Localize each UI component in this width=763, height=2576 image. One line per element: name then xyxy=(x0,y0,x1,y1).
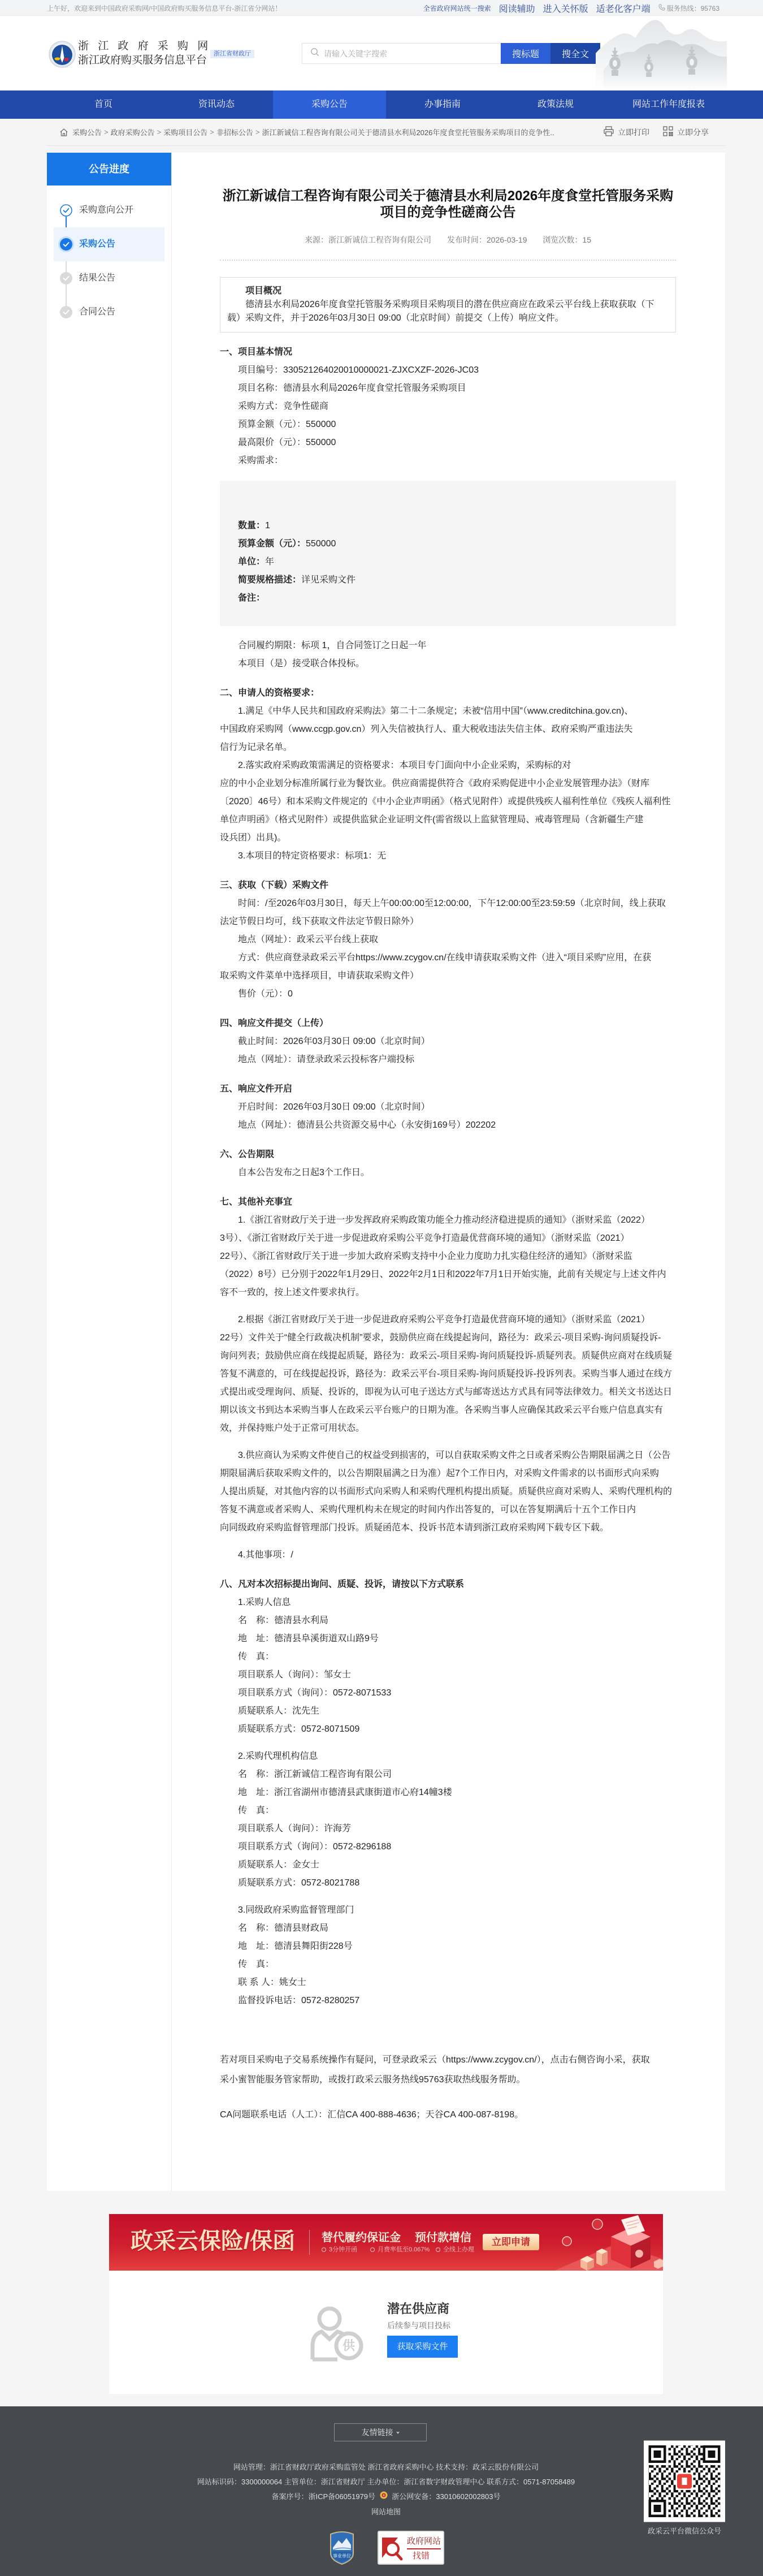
search-title-button[interactable]: 搜标题 xyxy=(501,43,550,64)
requirements-table: 数量：1 预算金额（元）：550000 单位：年 简要规格描述：详见采购文件 备… xyxy=(220,481,676,626)
paragraph-line: 2.根据《浙江省财政厅关于进一步促进政府采购公平竞争打造最优营商环境的通知》（浙… xyxy=(220,1311,676,1329)
dotted-divider xyxy=(220,260,676,261)
contact-line: 名 称：德清县水利局 xyxy=(220,1612,676,1630)
contact-line: 质疑联系方式：0572-8071509 xyxy=(220,1720,676,1738)
paragraph-line: 取采购文件菜单中选择项目，申请获取采购文件） xyxy=(220,967,676,985)
badge-label-top: 政府网站 xyxy=(407,2536,441,2547)
get-procurement-docs-button[interactable]: 获取采购文件 xyxy=(387,2336,458,2358)
friend-links-dropdown[interactable]: 友情链接 xyxy=(334,2423,427,2441)
west-lake-pagoda-illustration xyxy=(596,18,727,93)
paragraph-line: 期限届满后获取采购文件的，以公告期限届满之日为准）起7个工作日内，对采购文件需求… xyxy=(220,1465,676,1483)
search-box[interactable] xyxy=(302,43,501,64)
contact-group-title: 2.采购代理机构信息 xyxy=(220,1747,676,1766)
paragraph: 1.《浙江省财政厅关于进一步发挥政府采购政策功能全力推动经济稳进提质的通知》（浙… xyxy=(220,1211,676,1302)
paragraph-line: 截止时间：2026年03月30日 09:00（北京时间） xyxy=(220,1033,676,1051)
qr-share-icon xyxy=(662,126,674,139)
row-label: 数量： xyxy=(238,521,265,530)
step-label: 采购意向公开 xyxy=(79,193,133,227)
paragraph-line: 开启时间：2026年03月30日 09:00（北京时间） xyxy=(220,1098,676,1116)
check-circle-disabled-icon xyxy=(60,272,72,284)
contact-line: 传 真： xyxy=(220,1956,676,1974)
icp-link[interactable]: 备案序号：浙ICP备06051979号 xyxy=(272,2492,376,2501)
main-panel: 公告进度 采购意向公开 采购公告 结果公告 xyxy=(47,153,725,2191)
paragraph-line: 3.本项目的特定资格要求：标项1：无 xyxy=(220,847,676,865)
paragraph-line: 时间：/至2026年03月30日，每天上午00:00:00至12:00:00，下… xyxy=(220,895,676,913)
gov-site-error-report-badge[interactable]: 政府网站 找错 xyxy=(378,2531,444,2565)
nav-item-news[interactable]: 资讯动态 xyxy=(160,90,273,119)
supplier-person-icon: 供 xyxy=(309,2305,364,2362)
paragraph: 2.落实政府采购政策需满足的资格要求：本项目专门面向中小企业采购，采购标的对 应… xyxy=(220,757,676,847)
paragraph-line: 采小蜜智能服务管家帮助，或拨打政采云服务热线95763获取热线服务帮助。 xyxy=(220,2070,676,2090)
table-row: 简要规格描述：详见采购文件 xyxy=(220,571,676,589)
potential-supplier-section: 供 潜在供应商 后续参与项目投标 获取采购文件 xyxy=(109,2271,663,2394)
main-nav: 首页 资讯动态 采购公告 办事指南 政策法规 网站工作年度报表 xyxy=(0,90,763,119)
breadcrumb-bar: 采购公告 > 政府采购公告 > 采购项目公告 > 非招标公告 > 浙江新诚信工程… xyxy=(0,119,763,146)
row-value: 550000 xyxy=(306,539,336,549)
banner-point: 月费率低至0.067% xyxy=(370,2246,430,2254)
print-label: 立即打印 xyxy=(618,127,649,138)
footer-management: 网站管理：浙江省财政厅政府采购监管处 浙江省政府采购中心 技术支持：政采云股份有… xyxy=(47,2460,725,2475)
chevron-down-icon xyxy=(396,2432,400,2434)
public-institution-badge[interactable]: 事业单位 xyxy=(328,2531,356,2565)
paragraph-line: （2022）8号）已分别于2022年1月29日、2022年2月1日和2022年7… xyxy=(220,1266,676,1284)
paragraph-line: 2.落实政府采购政策需满足的资格要求：本项目专门面向中小企业采购，采购标的对 xyxy=(220,757,676,775)
budget-amount: 预算金额（元）：550000 xyxy=(220,416,676,434)
paragraph-line: 22号）文件关于“健全行政裁决机制”要求，鼓励供应商在线提起询问，路径为：政采云… xyxy=(220,1329,676,1347)
shield-icon xyxy=(328,2531,356,2565)
section-heading: 二、申请人的资格要求： xyxy=(220,684,676,702)
title-line: 浙江新诚信工程咨询有限公司关于德清县水利局2026年度食堂托管服务采购 xyxy=(220,188,676,204)
row-label: 预算金额（元）： xyxy=(238,539,306,549)
paragraph: 时间：/至2026年03月30日，每天上午00:00:00至12:00:00，下… xyxy=(220,895,676,931)
table-row: 数量：1 xyxy=(220,517,676,535)
paragraph-line: 3.供应商认为采购文件使自己的权益受到损害的，可以自获取采购文件之日或者采购公告… xyxy=(220,1447,676,1465)
section-heading: 六、公告期限 xyxy=(220,1146,676,1164)
print-button[interactable]: 立即打印 xyxy=(603,119,649,145)
site-subtitle[interactable]: 浙江政府购买服务信息平台 xyxy=(78,53,207,67)
nav-item-annual-report[interactable]: 网站工作年度报表 xyxy=(612,90,725,119)
row-value: 年 xyxy=(265,557,274,567)
sitemap-link[interactable]: 网站地图 xyxy=(371,2508,401,2516)
paragraph: 3.供应商认为采购文件使自己的权益受到损害的，可以自获取采购文件之日或者采购公告… xyxy=(220,1447,676,1537)
row-label: 单位： xyxy=(238,557,265,567)
banner-point-text: 3分钟开函 xyxy=(329,2246,357,2254)
contact-line: 名 称：德清县财政局 xyxy=(220,1919,676,1938)
contact-line: 地 址：浙江省湖州市德清县武康街道市心府14幢3楼 xyxy=(220,1784,676,1802)
paragraph-line: 设兵团）出具)。 xyxy=(220,829,676,847)
check-circle-icon xyxy=(370,2247,375,2252)
row-label: 简要规格描述： xyxy=(238,575,301,585)
procurement-method: 采购方式：竞争性磋商 xyxy=(220,398,676,416)
table-row: 备注： xyxy=(220,589,676,607)
table-row: 预算金额（元）：550000 xyxy=(220,535,676,553)
paragraph-line: 1.《浙江省财政厅关于进一步发挥政府采购政策功能全力推动经济稳进提质的通知》（浙… xyxy=(220,1211,676,1229)
contact-line: 项目联系方式（询问）：0572-8296188 xyxy=(220,1838,676,1856)
contact-group-title: 1.采购人信息 xyxy=(220,1594,676,1612)
contact-line: 质疑联系方式：0572-8021788 xyxy=(220,1874,676,1892)
isometric-finance-illustration xyxy=(549,2214,663,2271)
paragraph-line: 式提出或受理询问、质疑、投诉的，即视为认可电子送达方式与邮寄送达方式具有同等法律… xyxy=(220,1383,676,1401)
site-title[interactable]: 浙江政府采购网 xyxy=(78,39,217,53)
row-value: 详见采购文件 xyxy=(301,575,356,585)
contact-line: 项目联系方式（询问）：0572-8071533 xyxy=(220,1684,676,1702)
paragraph-line: 容不一致的，按上述文件要求执行。 xyxy=(220,1284,676,1302)
paragraph-line: 1.满足《中华人民共和国政府采购法》第二十二条规定；未被“信用中国”（www.c… xyxy=(220,702,676,720)
footer-site-id: 网站标识码：3300000064 主管单位：浙江省财政厅 主办单位：浙江省数字财… xyxy=(47,2475,725,2489)
publish-date: 发布时间：2026-03-19 xyxy=(447,235,527,244)
paragraph-line: 载）采购文件，并于2026年03月30日 09:00（北京时间）前提交（上传）响… xyxy=(227,312,669,325)
contact-line: 项目联系人（询问）：许海芳 xyxy=(220,1820,676,1838)
paragraph-line: 方式：供应商登录政采云平台https://www.zcygov.cn/在线申请获… xyxy=(220,949,676,967)
search-fulltext-button[interactable]: 搜全文 xyxy=(550,43,600,64)
banner-title: 政采云保险/保函 xyxy=(131,2228,295,2255)
nav-item-policy[interactable]: 政策法规 xyxy=(499,90,612,119)
article-body: 一、项目基本情况 项目编号：330521264020010000021-ZJXC… xyxy=(220,343,676,2125)
hotline-text: 服务热线：95763 xyxy=(667,3,719,13)
paragraph: 4.其他事项：/ xyxy=(220,1546,676,1564)
site-header: 浙江政府采购网 浙江政府购买服务信息平台 浙江省财政厅 搜标题 搜全文 xyxy=(0,16,763,90)
search-bar: 搜标题 搜全文 xyxy=(302,43,600,64)
paragraph-line: 若对项目采购电子交易系统操作有疑问，可登录政采云（https://www.zcy… xyxy=(220,2050,676,2070)
max-price: 最高限价（元）：550000 xyxy=(220,434,676,452)
section-heading: 八、凡对本次招标提出询问、质疑、投诉，请按以下方式联系 xyxy=(220,1576,676,1594)
badge-divider xyxy=(407,2548,441,2549)
contact-group-supervisor: 3.同级政府采购监督管理部门 名 称：德清县财政局 地 址：德清县舞阳街228号… xyxy=(220,1901,676,2010)
ca-contact-line: CA问题联系电话（人工）：汇信CA 400-888-4636；天谷CA 400-… xyxy=(220,2105,676,2125)
qr-caption: 政采云平台微信公众号 xyxy=(640,2527,729,2536)
contact-group-agency: 2.采购代理机构信息 名 称：浙江新诚信工程咨询有限公司 地 址：浙江省湖州市德… xyxy=(220,1747,676,1892)
contact-group-purchaser: 1.采购人信息 名 称：德清县水利局 地 址：德清县阜溪街道双山路9号 传 真：… xyxy=(220,1594,676,1738)
paragraph-line: 效，并保持账户处于正常可用状态。 xyxy=(220,1419,676,1438)
contact-line: 传 真： xyxy=(220,1648,676,1666)
sidebar-step-intention[interactable]: 采购意向公开 xyxy=(54,193,164,227)
row-label: 备注： xyxy=(238,593,265,603)
top-links: 全省政府网站统一搜索 阅读辅助 进入关怀版 适老化客户端 服务热线：95763 xyxy=(423,2,725,15)
breadcrumb-separator: > xyxy=(255,128,260,136)
badge-label: 事业单位 xyxy=(328,2553,356,2559)
paragraph-line: 单位声明函》（格式见附件）或提供监狱企业证明文件(需省级以上监狱管理局、戒毒管理… xyxy=(220,811,676,829)
view-count: 浏览次数：15 xyxy=(543,235,591,244)
insurance-banner[interactable]: 政采云保险/保函 替代履约保证金 预付款增信 3分钟开函 月费率低至0.067%… xyxy=(109,2214,663,2271)
contact-line: 监督投诉电话：0572-8280257 xyxy=(220,1992,676,2010)
article-title: 浙江新诚信工程咨询有限公司关于德清县水利局2026年度食堂托管服务采购 项目的竞… xyxy=(220,188,676,221)
section-heading: 四、响应文件提交（上传） xyxy=(220,1015,676,1033)
paragraph: 合同履约期限：标项 1，自合同签订之日起一年 本项目（是）接受联合体投标。 xyxy=(220,637,676,673)
nav-item-guide[interactable]: 办事指南 xyxy=(386,90,499,119)
breadcrumb-current: 浙江新诚信工程咨询有限公司关于德清县水利局2026年度食堂托管服务采购项目的竞争… xyxy=(262,127,554,137)
paragraph-line: 4.其他事项：/ xyxy=(220,1546,676,1564)
police-emblem-icon xyxy=(380,2490,388,2505)
paragraph-line: 〔2020〕46号）和本采购文件规定的《中小企业声明函》（格式见附件）或提供残疾… xyxy=(220,793,676,811)
unified-search-link[interactable]: 全省政府网站统一搜索 xyxy=(423,3,491,13)
title-line: 项目的竞争性磋商公告 xyxy=(220,204,676,221)
paragraph: 3.本项目的特定资格要求：标项1：无 xyxy=(220,847,676,865)
phone-icon xyxy=(658,4,665,12)
step-label: 合同公告 xyxy=(79,295,115,329)
sidebar-step-result[interactable]: 结果公告 xyxy=(54,261,164,295)
section-heading: 七、其他补充事宜 xyxy=(220,1193,676,1211)
care-version-link[interactable]: 进入关怀版 xyxy=(543,2,588,15)
share-button[interactable]: 立即分享 xyxy=(662,119,709,145)
paragraph-line: 应的中小企业划分标准所属行业为餐饮业。供应商需提供符合《政府采购促进中小企业发展… xyxy=(220,775,676,793)
paragraph-line: 地点（网址）：请登录政采云投标客户端投标 xyxy=(220,1051,676,1069)
banner-divider xyxy=(309,2230,310,2255)
department-badge: 浙江省财政厅 xyxy=(210,50,254,58)
badge-label-bottom: 找错 xyxy=(413,2551,430,2561)
breadcrumb-item[interactable]: 政府采购公告 xyxy=(111,127,155,137)
police-record-link[interactable]: 浙公网安备：33010602002803号 xyxy=(392,2492,500,2501)
progress-steps: 采购意向公开 采购公告 结果公告 合同公告 xyxy=(47,185,171,329)
paragraph-line: 自本公告发布之日起3个工作日。 xyxy=(220,1164,676,1182)
banner-point-text: 月费率低至0.067% xyxy=(378,2246,430,2254)
printer-icon xyxy=(603,126,614,139)
announcement-article: 浙江新诚信工程咨询有限公司关于德清县水利局2026年度食堂托管服务采购 项目的竞… xyxy=(172,153,725,2191)
breadcrumb: 采购公告 > 政府采购公告 > 采购项目公告 > 非招标公告 > 浙江新诚信工程… xyxy=(59,119,599,145)
share-label: 立即分享 xyxy=(677,127,709,138)
project-number: 项目编号：330521264020010000021-ZJXCXZF-2026-… xyxy=(220,361,676,379)
row-value: 1 xyxy=(265,521,270,530)
table-row: 单位：年 xyxy=(220,553,676,571)
requirements-label: 采购需求： xyxy=(220,452,676,470)
paragraph-line: 3号）、《浙江省财政厅关于进一步促进政府采购公平竞争打造最优营商环境的通知》（浙… xyxy=(220,1229,676,1248)
contact-line: 名 称：浙江新诚信工程咨询有限公司 xyxy=(220,1766,676,1784)
promo-card: 政采云保险/保函 替代履约保证金 预付款增信 3分钟开函 月费率低至0.067%… xyxy=(109,2214,663,2394)
site-emblem-icon[interactable] xyxy=(49,41,76,68)
check-circle-icon xyxy=(436,2247,440,2252)
contact-line: 质疑联系人：沈先生 xyxy=(220,1702,676,1720)
banner-point-text: 全线上办理 xyxy=(443,2246,474,2254)
contact-line: 传 真： xyxy=(220,1802,676,1820)
contact-line: 质疑联系人：金女士 xyxy=(220,1856,676,1874)
paragraph-line: 中国政府采购网（www.ccgp.gov.cn）列入失信被执行人、重大税收违法失… xyxy=(220,720,676,739)
contact-group-title: 3.同级政府采购监督管理部门 xyxy=(220,1901,676,1919)
nav-item-home[interactable]: 首页 xyxy=(47,90,160,119)
breadcrumb-separator: > xyxy=(210,128,214,136)
breadcrumb-separator: > xyxy=(157,128,162,136)
consortium-note: 本项目（是）接受联合体投标。 xyxy=(220,655,676,673)
banner-point: 3分钟开函 xyxy=(322,2246,357,2254)
nav-item-announcements[interactable]: 采购公告 xyxy=(273,90,386,119)
project-overview-box: 项目概况 德清县水利局2026年度食堂托管服务采购项目采购项目的潜在供应商应在政… xyxy=(220,277,676,333)
contact-line: 联 系 人：姚女士 xyxy=(220,1974,676,1992)
breadcrumb-separator: > xyxy=(104,128,109,136)
site-footer: 友情链接 网站管理：浙江省财政厅政府采购监管处 浙江省政府采购中心 技术支持：政… xyxy=(0,2406,763,2576)
overview-heading: 项目概况 xyxy=(227,284,669,298)
project-name: 项目名称：德清县水利局2026年度食堂托管服务采购项目 xyxy=(220,379,676,398)
paragraph-line: 人提出质疑，对其他内容的以书面形式向采购人和采购代理机构提出质疑。质疑供应商对采… xyxy=(220,1483,676,1501)
breadcrumb-item[interactable]: 非招标公告 xyxy=(216,127,253,137)
check-circle-filled-icon xyxy=(60,238,72,251)
paragraph-line: 地点（网址）：德清县公共资源交易中心（永安街169号）202202 xyxy=(220,1116,676,1134)
paragraph: 方式：供应商登录政采云平台https://www.zcygov.cn/在线申请获… xyxy=(220,949,676,985)
paragraph-line: 信行为记录名单。 xyxy=(220,739,676,757)
paragraph: 2.根据《浙江省财政厅关于进一步促进政府采购公平竞争打造最优营商环境的通知》（浙… xyxy=(220,1311,676,1438)
home-icon[interactable] xyxy=(59,128,68,137)
banner-feature: 替代履约保证金 xyxy=(322,2231,401,2245)
wechat-qr-code xyxy=(644,2440,725,2522)
supplier-title: 潜在供应商 xyxy=(387,2301,449,2317)
section-heading: 一、项目基本情况 xyxy=(220,343,676,361)
paragraph-line: 询问列表；鼓励供应商在线提起质疑，路径为：政采云-项目采购-询问质疑投诉-质疑列… xyxy=(220,1347,676,1365)
paragraph-line: 向同级政府采购监督管理部门投诉。质疑函范本、投诉书范本请到浙江政府采购网下载专区… xyxy=(220,1519,676,1537)
hotline: 服务热线：95763 xyxy=(658,3,719,13)
banner-point: 全线上办理 xyxy=(436,2246,474,2254)
sidebar-step-contract[interactable]: 合同公告 xyxy=(54,295,164,329)
support-notes: 若对项目采购电子交易系统操作有疑问，可登录政采云（https://www.zcy… xyxy=(220,2050,676,2125)
breadcrumb-item[interactable]: 采购公告 xyxy=(72,127,102,137)
footer-info: 网站管理：浙江省财政厅政府采购监管处 浙江省政府采购中心 技术支持：政采云股份有… xyxy=(47,2460,725,2519)
supplier-subtitle: 后续参与项目投标 xyxy=(387,2320,450,2331)
footer-sitemap: 网站地图 xyxy=(47,2505,725,2519)
step-label: 结果公告 xyxy=(79,261,115,295)
search-icon xyxy=(310,48,319,59)
paragraph-line: 德清县水利局2026年度食堂托管服务采购项目采购项目的潜在供应商应在政采云平台线… xyxy=(227,298,669,312)
paragraph-line: 答复不满意的，可在线提起投诉，路径为：政采云平台-项目采购-询问质疑投诉-投诉列… xyxy=(220,1365,676,1383)
section-heading: 五、响应文件开启 xyxy=(220,1080,676,1098)
paragraph-line: 答复不满意或者采购人、采购代理机构未在规定的时间内作出答复的，可以在答复期满后十… xyxy=(220,1501,676,1519)
top-bar: 上午好，欢迎来到中国政府采购网/中国政府购买服务信息平台-浙江省分网站！ 全省政… xyxy=(0,0,763,16)
paragraph-line: 法定节假日均可，线下获取文件法定节假日除外） xyxy=(220,913,676,931)
elderly-client-link[interactable]: 适老化客户端 xyxy=(596,2,651,15)
contact-line: 项目联系人（询问）：邹女士 xyxy=(220,1666,676,1684)
sidebar-step-announcement[interactable]: 采购公告 xyxy=(54,227,164,261)
sidebar-title: 公告进度 xyxy=(47,153,171,185)
article-meta: 来源：浙江新诚信工程咨询有限公司 发布时间：2026-03-19 浏览次数：15 xyxy=(220,234,676,245)
check-circle-icon xyxy=(322,2247,326,2252)
breadcrumb-item[interactable]: 采购项目公告 xyxy=(163,127,207,137)
section-heading: 三、获取（下载）采购文件 xyxy=(220,877,676,895)
paragraph-line: 售价（元）：0 xyxy=(220,985,676,1003)
supplier-badge-char: 供 xyxy=(336,2333,361,2358)
friend-links-label: 友情链接 xyxy=(362,2427,393,2438)
check-circle-disabled-icon xyxy=(60,306,72,318)
progress-sidebar: 公告进度 采购意向公开 采购公告 结果公告 xyxy=(47,153,172,2191)
paragraph: 1.满足《中华人民共和国政府采购法》第二十二条规定；未被“信用中国”（www.c… xyxy=(220,702,676,757)
step-label: 采购公告 xyxy=(79,227,115,261)
banner-feature: 预付款增信 xyxy=(415,2231,471,2245)
footer-record: 备案序号：浙ICP备06051979号 浙公网安备：33010602002803… xyxy=(47,2489,725,2505)
apply-now-button[interactable]: 立即申请 xyxy=(483,2234,539,2250)
contract-period: 合同履约期限：标项 1，自合同签订之日起一年 xyxy=(220,637,676,655)
search-input[interactable] xyxy=(323,49,492,59)
check-circle-outline-icon xyxy=(60,204,72,217)
contact-line: 地 址：德清县阜溪街道双山路9号 xyxy=(220,1630,676,1648)
contact-line: 地 址：德清县舞阳街228号 xyxy=(220,1938,676,1956)
magnifier-report-icon xyxy=(381,2535,404,2561)
paragraph-line: 22号）、《浙江省财政厅关于进一步加大政府采购支持中小企业力度助力扎实稳住经济的… xyxy=(220,1248,676,1266)
greeting-text: 上午好，欢迎来到中国政府采购网/中国政府购买服务信息平台-浙江省分网站！ xyxy=(47,3,281,13)
paragraph-line: 期以该文书到达本采购当事人在政采云平台账户的日期为准。各采购当事人应确保其政采云… xyxy=(220,1401,676,1419)
source: 来源：浙江新诚信工程咨询有限公司 xyxy=(305,235,431,244)
reading-aid-link[interactable]: 阅读辅助 xyxy=(499,2,535,15)
paragraph-line: 地点（网址）：政采云平台线上获取 xyxy=(220,931,676,949)
